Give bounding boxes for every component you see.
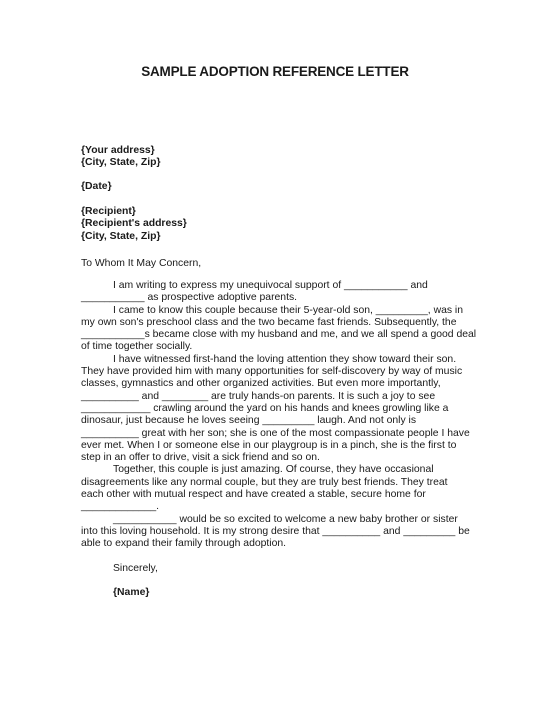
recipient-name: {Recipient}: [81, 206, 486, 218]
letter-body: I am writing to express my unequivocal s…: [81, 280, 486, 551]
body-line: of time together socially.: [81, 341, 486, 353]
body-line: __________ great with her son; she is on…: [81, 428, 486, 440]
closing: Sincerely,: [81, 563, 486, 575]
signature-block: {Name}: [81, 587, 486, 599]
letter-title: SAMPLE ADOPTION REFERENCE LETTER: [0, 64, 550, 79]
closing-block: Sincerely,: [81, 563, 486, 575]
body-line: Together, this couple is just amazing. O…: [81, 464, 486, 476]
body-line: disagreements like any normal couple, bu…: [81, 477, 486, 489]
body-line: classes, gymnastics and other organized …: [81, 378, 486, 390]
body-line: ___________ as prospective adoptive pare…: [81, 292, 486, 304]
body-line: ____________ crawling around the yard on…: [81, 403, 486, 415]
body-line: ever met. When I or someone else in our …: [81, 440, 486, 452]
sender-address: {Your address}: [81, 145, 486, 157]
recipient-city-state-zip: {City, State, Zip}: [81, 231, 486, 243]
letter-date: {Date}: [81, 181, 486, 193]
salutation-block: To Whom It May Concern,: [81, 258, 486, 270]
body-line: I have witnessed first-hand the loving a…: [81, 354, 486, 366]
body-line: my own son's preschool class and the two…: [81, 317, 486, 329]
salutation: To Whom It May Concern,: [81, 258, 486, 270]
sender-block: {Your address} {City, State, Zip}: [81, 145, 486, 170]
recipient-address: {Recipient's address}: [81, 218, 486, 230]
body-line: able to expand their family through adop…: [81, 538, 486, 550]
body-line: I am writing to express my unequivocal s…: [81, 280, 486, 292]
signature: {Name}: [81, 587, 486, 599]
body-line: into this loving household. It is my str…: [81, 526, 486, 538]
recipient-block: {Recipient} {Recipient's address} {City,…: [81, 206, 486, 243]
body-line: I came to know this couple because their…: [81, 305, 486, 317]
body-line: step in an offer to drive, visit a sick …: [81, 452, 486, 464]
body-line: They have provided him with many opportu…: [81, 366, 486, 378]
body-line: ___________s became close with my husban…: [81, 329, 486, 341]
body-line: ___________ would be so excited to welco…: [81, 514, 486, 526]
body-line: dinosaur, just because he loves seeing _…: [81, 415, 486, 427]
body-line: _____________.: [81, 501, 486, 513]
sender-city-state-zip: {City, State, Zip}: [81, 157, 486, 169]
body-line: each other with mutual respect and have …: [81, 489, 486, 501]
body-line: __________ and ________ are truly hands-…: [81, 391, 486, 403]
date-block: {Date}: [81, 181, 486, 193]
